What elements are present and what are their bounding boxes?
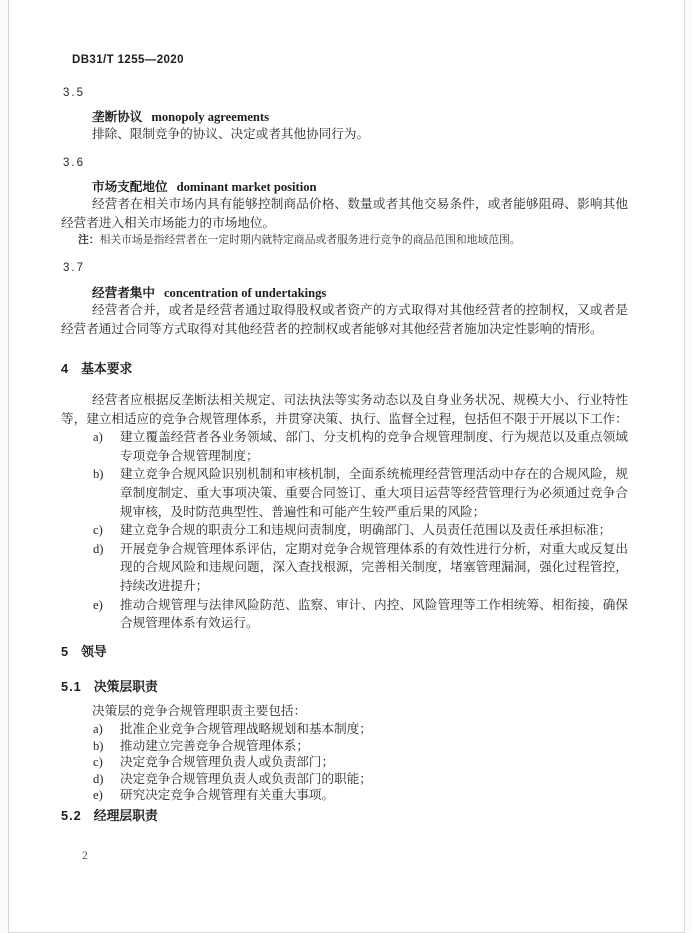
list-item-text: 开展竞争合规管理体系评估，定期对竞争合规管理体系的有效性进行分析，对重大或反复出… (120, 542, 628, 593)
list-item: d) 决定竞争合规管理负责人或负责部门的职能； (61, 771, 628, 788)
list-item-label: d) (93, 540, 104, 559)
note-text: 相关市场是指经营者在一定时期内就特定商品或者服务进行竞争的商品范围和地域范围。 (100, 234, 521, 246)
paragraph: 决策层的竞争合规管理职责主要包括： (61, 703, 628, 720)
note-label: 注： (78, 234, 100, 246)
clause-number-3-7: 3.7 (63, 259, 630, 278)
section-heading-5: 5领导 (61, 642, 628, 661)
term-definition-3-7: 经营者合并，或者是经营者通过取得股权或者资产的方式取得对其他经营者的控制权，又或… (61, 301, 628, 339)
section-number: 4 (61, 361, 69, 376)
paragraph: 经营者应根据反垄断法相关规定、司法执法等实务动态以及自身业务状况、规模大小、行业… (61, 391, 628, 428)
list-item-label: e) (93, 787, 103, 804)
list-item-label: b) (93, 738, 104, 755)
term-zh: 垄断协议 (92, 110, 142, 124)
section-5-1-list: a) 批准企业竞争合规管理战略规划和基本制度； b) 推动建立完善竞争合规管理体… (61, 721, 628, 804)
list-item-text: 推动合规管理与法律风险防范、监察、审计、内控、风险管理等工作相统筹、相衔接，确保… (120, 598, 628, 631)
section-number: 5.2 (61, 808, 82, 823)
section-number: 5.1 (61, 679, 82, 694)
section-number: 5 (61, 644, 69, 659)
list-item-text: 建立覆盖经营者各业务领域、部门、分支机构的竞争合规管理制度、行为规范以及重点领域… (120, 430, 628, 463)
section-heading-5-2: 5.2经理层职责 (61, 806, 628, 825)
term-zh: 市场支配地位 (92, 180, 168, 194)
clause-number-3-6: 3.6 (63, 154, 630, 173)
list-item: e) 推动合规管理与法律风险防范、监察、审计、内控、风险管理等工作相统筹、相衔接… (61, 596, 628, 633)
list-item: a) 建立覆盖经营者各业务领域、部门、分支机构的竞争合规管理制度、行为规范以及重… (61, 428, 628, 465)
list-item: b) 建立竞争合规风险识别机制和审核机制，全面系统梳理经营管理活动中存在的合规风… (61, 465, 628, 521)
list-item-text: 批准企业竞争合规管理战略规划和基本制度； (120, 722, 372, 736)
list-item: c) 建立竞争合规的职责分工和违规问责制度，明确部门、人员责任范围以及责任承担标… (61, 521, 628, 540)
list-item-label: c) (93, 521, 103, 540)
term-en: monopoly agreements (151, 110, 269, 124)
list-item-text: 建立竞争合规风险识别机制和审核机制，全面系统梳理经营管理活动中存在的合规风险，规… (120, 467, 628, 518)
list-item-label: c) (93, 754, 103, 771)
list-item: e) 研究决定竞争合规管理有关重大事项。 (61, 787, 628, 804)
list-item-label: a) (93, 721, 103, 738)
term-definition-3-6: 经营者在相关市场内具有能够控制商品价格、数量或者其他交易条件，或者能够阻碍、影响… (61, 195, 628, 233)
list-item-text: 决定竞争合规管理负责人或负责部门的职能； (120, 772, 372, 786)
list-item-text: 决定竞争合规管理负责人或负责部门； (120, 755, 334, 769)
section-heading-5-1: 5.1决策层职责 (61, 677, 628, 696)
term-definition-3-5: 排除、限制竞争的协议、决定或者其他协同行为。 (61, 125, 628, 144)
list-item: c) 决定竞争合规管理负责人或负责部门； (61, 754, 628, 771)
list-item-text: 推动建立完善竞争合规管理体系； (120, 739, 309, 753)
section-4-body: 经营者应根据反垄断法相关规定、司法执法等实务动态以及自身业务状况、规模大小、行业… (61, 391, 628, 633)
section-title: 经理层职责 (94, 808, 158, 823)
list-item-label: d) (93, 771, 104, 788)
section-title: 决策层职责 (94, 679, 158, 694)
list-item: b) 推动建立完善竞争合规管理体系； (61, 738, 628, 755)
clause-number-3-5: 3.5 (63, 84, 630, 103)
list-item: d) 开展竞争合规管理体系评估，定期对竞争合规管理体系的有效性进行分析，对重大或… (61, 540, 628, 596)
list-item-label: a) (93, 428, 103, 447)
list-item-text: 建立竞争合规的职责分工和违规问责制度，明确部门、人员责任范围以及责任承担标准； (120, 523, 611, 537)
list-item-label: e) (93, 596, 103, 615)
term-note-3-6: 注：相关市场是指经营者在一定时期内就特定商品或者服务进行竞争的商品范围和地域范围… (61, 233, 628, 248)
section-title: 基本要求 (81, 361, 132, 376)
list-item-label: b) (93, 465, 104, 484)
running-header: DB31/T 1255—2020 (72, 51, 639, 70)
section-title: 领导 (81, 644, 107, 659)
term-en: dominant market position (177, 180, 317, 194)
list-item: a) 批准企业竞争合规管理战略规划和基本制度； (61, 721, 628, 738)
page-number: 2 (82, 847, 649, 866)
term-en: concentration of undertakings (164, 286, 326, 300)
term-zh: 经营者集中 (92, 286, 155, 300)
list-item-text: 研究决定竞争合规管理有关重大事项。 (120, 788, 334, 802)
section-heading-4: 4基本要求 (61, 359, 628, 378)
document-page: DB31/T 1255—2020 3.5 垄断协议monopoly agreem… (8, 0, 685, 931)
